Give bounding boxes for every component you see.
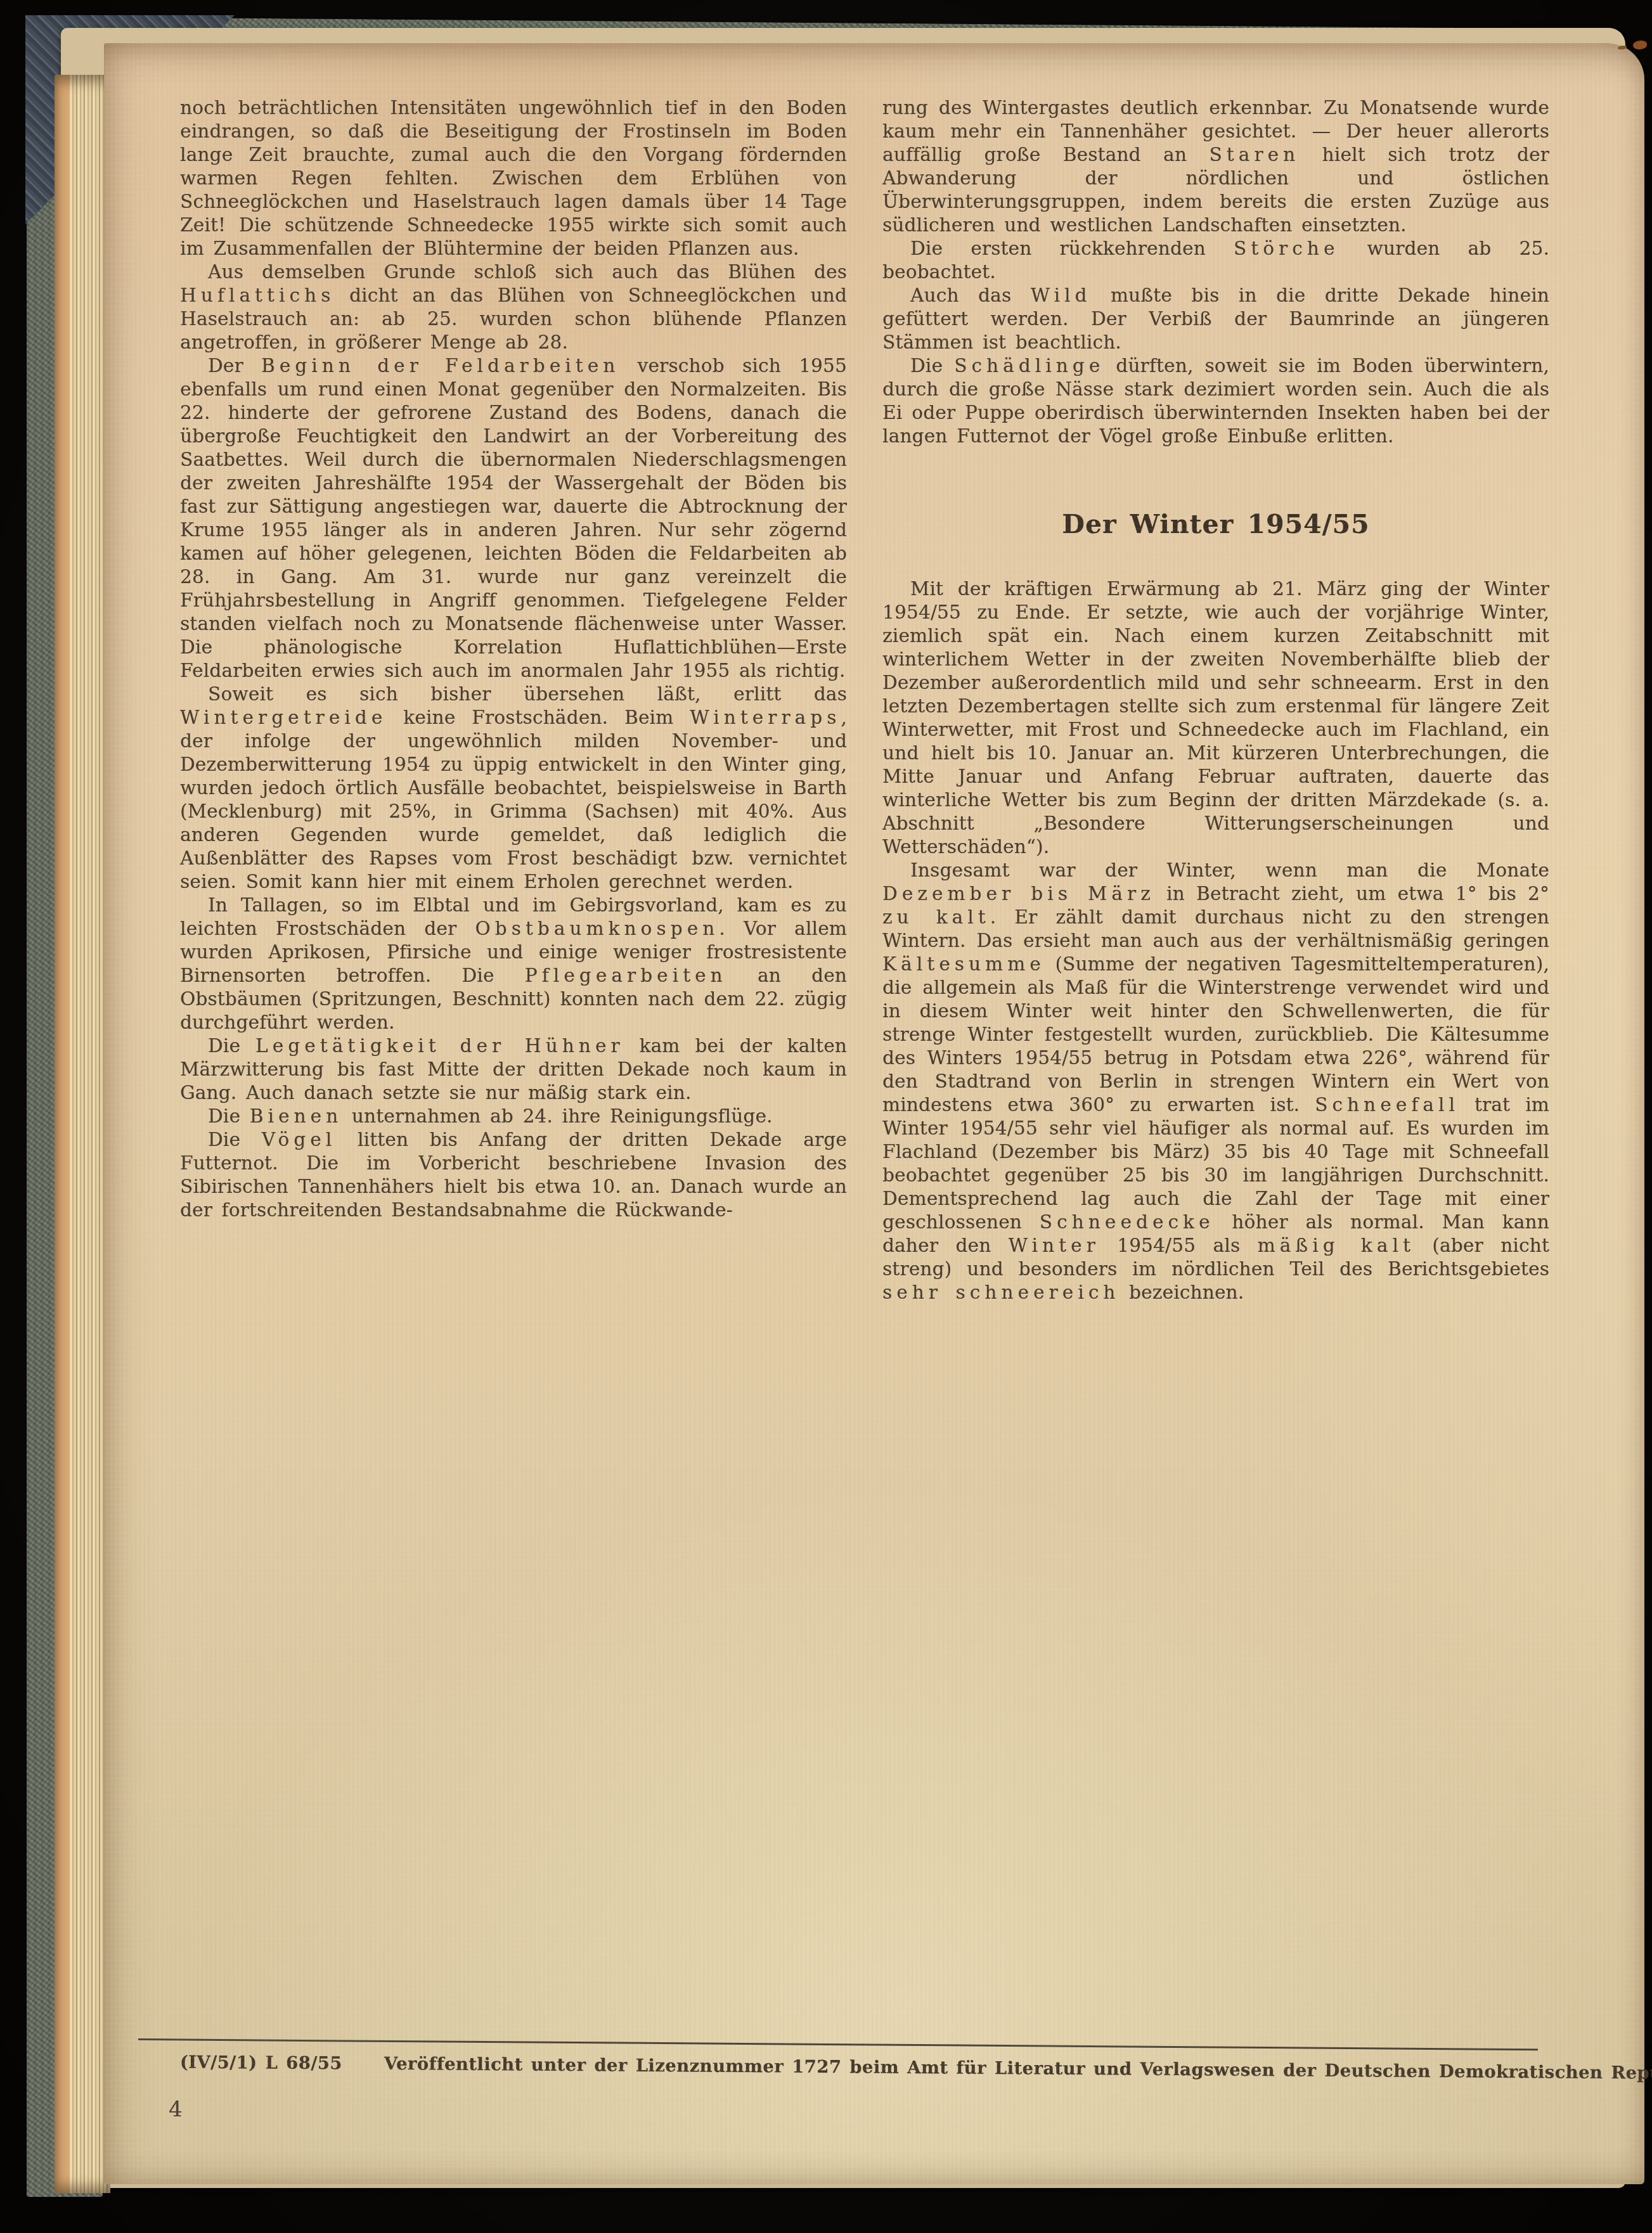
letterspaced-emphasis: Schneedecke [1040,1211,1215,1233]
text-run: unternahmen ab 24. ihre Reinigungsflüge. [342,1105,772,1127]
paragraph: rung des Wintergastes deutlich erkennbar… [882,96,1549,237]
text-run: Die [208,1129,262,1150]
letterspaced-emphasis: Schneefall [1315,1094,1459,1116]
imprint-code: (IV/5/1) L 68/55 [180,2052,342,2073]
letterspaced-emphasis: Wintergetreide [180,707,387,728]
letterspaced-emphasis: Legetätigkeit der Hühner [255,1035,624,1057]
letterspaced-emphasis: Obstbaumknospen [475,918,719,939]
letterspaced-emphasis: Winter [1009,1235,1100,1256]
left-column: noch beträchtlichen Intensitäten ungewöh… [180,96,847,1304]
imprint-line: (IV/5/1) L 68/55 Veröffentlicht unter de… [180,2052,1571,2082]
text-run: (Summe der negativen Tagesmitteltemperat… [882,953,1549,1116]
text-run: Die ersten rückkehrenden [910,238,1234,259]
letterspaced-emphasis: Störche [1234,238,1339,259]
text-run: bezeichnen. [1120,1282,1244,1303]
scanned-book-page: noch beträchtlichen Intensitäten ungewöh… [0,0,1652,2233]
text-run: Aus demselben Grunde schloß sich auch da… [208,261,847,283]
section-heading: Der Winter 1954/55 [882,508,1549,541]
paragraph: Mit der kräftigen Erwärmung ab 21. März … [882,577,1549,859]
letterspaced-emphasis: Staren [1209,144,1300,165]
right-column: rung des Wintergastes deutlich erkennbar… [882,96,1549,1304]
text-run: Die [208,1035,255,1057]
text-run: Insgesamt war der Winter, wenn man die M… [910,859,1549,881]
text-run: Der [208,355,261,376]
text-run: Die [208,1105,250,1127]
paragraph: Der Beginn der Feldarbeiten verschob sic… [180,354,847,683]
letterspaced-emphasis: mäßig kalt [1258,1235,1415,1256]
letterspaced-emphasis: sehr schneereich [882,1282,1120,1303]
paragraph: Die Vögel litten bis Anfang der dritten … [180,1128,847,1222]
paragraph: Insgesamt war der Winter, wenn man die M… [882,859,1549,1304]
letterspaced-emphasis: Schädlinge [954,355,1104,376]
letterspaced-emphasis: Dezember bis März [882,883,1155,904]
paragraph: Auch das Wild mußte bis in die dritte De… [882,284,1549,354]
paragraph: Die Bienen unternahmen ab 24. ihre Reini… [180,1105,847,1128]
text-run: Soweit es sich bisher übersehen läßt, er… [208,683,847,705]
page-stack-edges [55,75,110,2193]
footer-rule [138,2038,1538,2050]
page-number: 4 [169,2097,183,2122]
letterspaced-emphasis: Vögel [262,1129,337,1150]
letterspaced-emphasis: Wild [1031,285,1092,306]
text-columns: noch beträchtlichen Intensitäten ungewöh… [180,96,1549,1304]
paragraph: Die Legetätigkeit der Hühner kam bei der… [180,1034,847,1105]
text-run: verschob sich 1955 ebenfalls um rund ein… [180,355,847,681]
imprint-license: Veröffentlicht unter der Lizenznummer 17… [384,2054,1652,2083]
text-run: in Betracht zieht, um etwa 1° bis 2° [1155,883,1549,904]
text-run: Die [910,355,954,376]
paragraph: noch beträchtlichen Intensitäten ungewöh… [180,96,847,261]
letterspaced-emphasis: Bienen [250,1105,343,1127]
text-run: , der infolge der ungewöhnlich milden No… [180,707,847,892]
text-run: keine Frostschäden. Beim [387,707,690,728]
paragraph: Die Schädlinge dürften, soweit sie im Bo… [882,354,1549,448]
text-run: noch beträchtlichen Intensitäten ungewöh… [180,97,847,259]
letterspaced-emphasis: Huflattichs [180,285,335,306]
letterspaced-emphasis: Pflegearbeiten [525,965,727,986]
text-run: Auch das [910,285,1031,306]
letterspaced-emphasis: zu kalt [882,906,990,928]
text-run: Mit der kräftigen Erwärmung ab 21. März … [882,578,1549,858]
paragraph: Aus demselben Grunde schloß sich auch da… [180,261,847,354]
letterspaced-emphasis: Winterraps [690,707,841,728]
text-run: 1954/55 als [1100,1235,1258,1256]
paragraph: Soweit es sich bisher übersehen läßt, er… [180,683,847,894]
paragraph: In Tallagen, so im Elbtal und im Gebirgs… [180,894,847,1034]
imprint-footer: (IV/5/1) L 68/55 Veröffentlicht unter de… [138,2038,1571,2083]
page: noch beträchtlichen Intensitäten ungewöh… [104,43,1644,2184]
letterspaced-emphasis: Beginn der Feldarbeiten [261,355,619,376]
paragraph: Die ersten rückkehrenden Störche wurden … [882,237,1549,284]
paper-blemish [1633,41,1647,49]
letterspaced-emphasis: Kältesumme [882,953,1045,975]
